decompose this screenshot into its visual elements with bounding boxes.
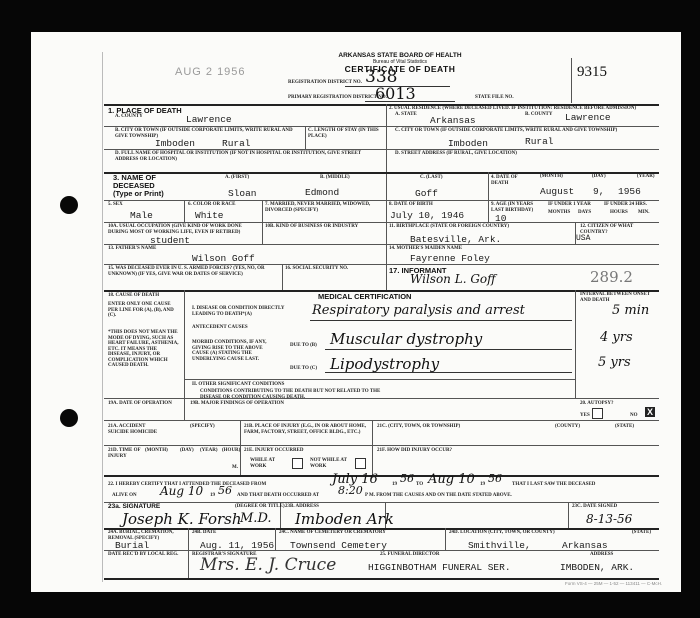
divider xyxy=(104,420,659,421)
cause-c-value: Lipodystrophy xyxy=(330,355,439,373)
divider xyxy=(488,172,489,222)
burial-date-value: Aug. 11, 1956 xyxy=(200,540,274,551)
injury-county-label: (COUNTY) xyxy=(555,424,580,430)
cemetery-label: 24c. NAME OF CEMETERY OR CREMATORY xyxy=(279,530,386,536)
cause-b-line xyxy=(325,349,572,350)
injury-m-label: m. xyxy=(232,465,238,471)
interval-b-value: 4 yrs xyxy=(600,330,633,345)
divider xyxy=(104,149,659,150)
interval-label: INTERVAL BETWEEN ONSET AND DEATH xyxy=(580,292,658,303)
res-state-value: Arkansas xyxy=(430,115,476,126)
operation-findings-label: 19b. MAJOR FINDINGS OF OPERATION xyxy=(190,401,284,407)
registrar-signature: Mrs. E. J. Cruce xyxy=(200,555,336,575)
res-state-label: a. STATE xyxy=(395,112,417,118)
to-label: TO xyxy=(416,482,423,488)
part2-note: Conditions contributing to the death but… xyxy=(200,389,390,400)
sex-label: 5. SEX xyxy=(108,202,123,208)
divider xyxy=(104,445,659,446)
not-while-at-work-checkbox[interactable] xyxy=(355,458,366,469)
alive-year: 56 xyxy=(218,484,232,497)
divider xyxy=(372,420,373,475)
pod-county-value: Lawrence xyxy=(186,114,232,125)
pod-hospital-label: d. FULL NAME OF HOSPITAL OR INSTITUTION … xyxy=(115,151,383,162)
part2-label: II. OTHER SIGNIFICANT CONDITIONS xyxy=(192,382,284,388)
informant-signature: Wilson L. Goff xyxy=(410,272,496,286)
marital-status-label: 7. MARRIED, NEVER MARRIED, WIDOWED, DIVO… xyxy=(265,202,385,213)
location-city-value: Smithville, xyxy=(468,540,531,551)
board-name: ARKANSAS STATE BOARD OF HEALTH xyxy=(300,52,500,59)
cause-of-death-label: 18. CAUSE OF DEATH xyxy=(108,293,159,299)
months-label: Months xyxy=(548,210,570,216)
age-value: 10 xyxy=(495,213,506,224)
father-label: 13. FATHER'S NAME xyxy=(108,246,156,252)
injury-day-label: (Day) xyxy=(180,448,194,454)
divider xyxy=(275,528,276,550)
part1-label: I. DISEASE OR CONDITION DIRECTLY LEADING… xyxy=(192,306,307,317)
divider xyxy=(571,58,572,103)
injury-year-label: (Year) xyxy=(200,448,218,454)
divider xyxy=(445,528,446,550)
divider xyxy=(184,290,185,398)
middle-name-value: Edmond xyxy=(305,187,339,198)
while-at-work-label: While At Work xyxy=(250,458,290,469)
first-name-value: Sloan xyxy=(228,188,257,199)
signature-label: 23a. SIGNATURE xyxy=(108,503,160,510)
age-label: 9. AGE (In years last birthday) xyxy=(491,202,541,213)
death-at-label: AND THAT DEATH OCCURRED AT xyxy=(237,493,319,499)
divider xyxy=(305,126,306,149)
occupation-value: student xyxy=(150,235,190,246)
dod-year-label: (Year) xyxy=(637,174,655,180)
death-time-suffix: P M. FROM THE CAUSES AND ON THE DATE STA… xyxy=(365,493,512,499)
res-county-value: Lawrence xyxy=(565,112,611,123)
funeral-director-label: 25. FUNERAL DIRECTOR xyxy=(380,552,440,558)
pod-township-value: Rural xyxy=(222,138,251,149)
funeral-address-value: IMBODEN, ARK. xyxy=(560,562,634,573)
dod-month-value: August xyxy=(540,186,574,197)
informant-note: 289.2 xyxy=(590,268,633,286)
physician-signature: Joseph K. Forsh xyxy=(122,510,242,528)
punch-hole xyxy=(60,409,78,427)
cause-b-value: Muscular dystrophy xyxy=(330,330,482,348)
punch-hole xyxy=(60,196,78,214)
residence-heading: 2. USUAL RESIDENCE (Where deceased lived… xyxy=(389,106,657,112)
interval-c-value: 5 yrs xyxy=(598,355,631,370)
last-name-value: Goff xyxy=(415,188,438,199)
certify-line-suffix: THAT I LAST SAW THE DECEASED xyxy=(512,482,595,488)
autopsy-yes-checkbox[interactable] xyxy=(592,408,603,419)
dob-label: 8. DATE OF BIRTH xyxy=(389,202,433,208)
business-label: 10b. KIND OF BUSINESS OR INDUSTRY xyxy=(265,224,380,230)
accident-label: 21a. ACCIDENT SUICIDE HOMICIDE xyxy=(108,424,163,435)
res-street-label: d. STREET ADDRESS (If rural, give locati… xyxy=(395,151,595,157)
while-at-work-checkbox[interactable] xyxy=(292,458,303,469)
divider xyxy=(104,475,659,477)
race-value: White xyxy=(195,210,224,221)
pod-city-value: Imboden xyxy=(155,138,195,149)
state-file-number: 9315 xyxy=(577,64,607,81)
mother-label: 14. MOTHER'S MAIDEN NAME xyxy=(389,246,462,252)
under-24-hrs-label: If Under 24 Hrs. xyxy=(604,202,647,208)
cause-note: *This does not mean the mode of dying, s… xyxy=(108,330,180,369)
divider xyxy=(386,264,387,290)
under-1-year-label: If Under 1 Year xyxy=(548,202,591,208)
cemetery-value: Townsend Cemetery xyxy=(290,540,387,551)
attended-to-year: 56 xyxy=(488,472,502,485)
citizen-value: USA xyxy=(576,234,590,243)
injury-city-label: 21c. (CITY, TOWN, OR TOWNSHIP) xyxy=(377,424,460,430)
death-time: 8:20 xyxy=(338,484,363,497)
medical-certification-heading: MEDICAL CERTIFICATION xyxy=(318,292,411,301)
pod-city-label: b. CITY OR TOWN (If outside corporate li… xyxy=(115,128,300,139)
pod-county-label: a. COUNTY xyxy=(115,114,143,120)
funeral-address-label: ADDRESS xyxy=(590,552,613,558)
specify-label: (Specify) xyxy=(190,424,215,430)
operation-date-label: 19a. DATE OF OPERATION xyxy=(108,401,180,407)
race-label: 6. COLOR OR RACE xyxy=(188,202,236,208)
divider xyxy=(104,126,659,127)
burial-date-label: 24b. DATE xyxy=(192,530,216,536)
autopsy-yes-label: YES xyxy=(580,413,590,419)
res-township-value: Rural xyxy=(525,136,554,147)
date-signed-value: 8-13-56 xyxy=(586,512,632,526)
received-stamp: AUG 2 1956 xyxy=(175,66,246,78)
form-number: Form VS-4 — 25M — 1-52 — 113411 — C-McH. xyxy=(565,581,662,586)
divider xyxy=(188,528,189,578)
divider xyxy=(104,200,659,201)
divider xyxy=(282,264,283,290)
days-label: Days xyxy=(578,210,591,216)
autopsy-label: 20. AUTOPSY? xyxy=(580,401,614,407)
deceased-name-heading: 3. NAME OF DECEASED (Type or Print) xyxy=(113,174,173,198)
autopsy-no-checkbox[interactable]: X xyxy=(645,407,655,417)
divider xyxy=(184,379,575,380)
hours-label: Hours xyxy=(610,210,628,216)
birthplace-value: Batesville, Ark. xyxy=(410,234,501,245)
ssn-label: 16. SOCIAL SECURITY NO. xyxy=(285,266,348,272)
divider xyxy=(386,104,387,264)
state-file-label: STATE FILE NO. xyxy=(475,95,514,101)
antecedent-note: Morbid conditions, if any, giving rise t… xyxy=(192,340,277,362)
dod-year-value: 1956 xyxy=(618,186,641,197)
divider xyxy=(575,290,576,398)
address-label: 23b. ADDRESS xyxy=(285,504,319,510)
margin-line xyxy=(102,52,103,582)
burial-type-value: Burial xyxy=(115,540,149,551)
injury-hour-label: (Hour) xyxy=(222,448,240,454)
injury-occurred-label: 21e. INJURY OCCURRED xyxy=(244,448,304,454)
divider xyxy=(184,398,185,420)
res-county-label: b. COUNTY xyxy=(525,112,553,118)
cause-a-value: Respiratory paralysis and arrest xyxy=(312,303,525,318)
due-to-c-label: DUE TO (c) xyxy=(290,366,317,372)
divider xyxy=(568,502,569,528)
divider xyxy=(104,578,659,580)
res-city-label: c. CITY OR TOWN (If outside corporate li… xyxy=(395,128,655,134)
alive-year-prefix: 19 xyxy=(210,493,215,499)
last-name-label: c. (Last) xyxy=(420,175,443,181)
place-of-injury-label: 21b. PLACE OF INJURY (e.g., in or about … xyxy=(244,424,369,435)
cause-instructions: Enter only one cause per line for (a), (… xyxy=(108,302,180,319)
location-state-label: (State) xyxy=(632,530,651,536)
min-label: Min. xyxy=(638,210,650,216)
cause-a-line xyxy=(310,320,572,321)
registration-district-label: Registration District No. xyxy=(288,80,362,86)
degree-label: (Degree or Title) xyxy=(235,504,285,510)
divider xyxy=(184,200,185,222)
degree-value: M.D. xyxy=(240,511,272,526)
funeral-director-value: HIGGINBOTHAM FUNERAL SER. xyxy=(368,562,511,573)
divider xyxy=(104,502,659,503)
birthplace-label: 11. BIRTHPLACE (State or foreign country… xyxy=(389,224,509,230)
armed-forces-label: 15. WAS DECEASED EVER IN U. S. ARMED FOR… xyxy=(108,266,280,277)
interval-a-value: 5 min xyxy=(612,303,649,318)
first-name-label: a. (First) xyxy=(225,175,249,181)
certificate-title: CERTIFICATE OF DEATH xyxy=(300,64,500,74)
location-state-value: Arkansas xyxy=(562,540,608,551)
autopsy-no-label: NO xyxy=(630,413,638,419)
primary-registration-value: 6013 xyxy=(375,84,416,103)
father-value: Wilson Goff xyxy=(192,253,255,264)
pod-length-of-stay-label: c. LENGTH OF STAY (in this place) xyxy=(308,128,383,139)
from-year-prefix: 19 xyxy=(392,482,397,488)
alive-on-date: Aug 10 xyxy=(160,484,203,498)
mother-value: Fayrenne Foley xyxy=(410,253,490,264)
attended-from-year: 56 xyxy=(400,472,414,485)
dod-month-label: (Month) xyxy=(540,174,563,180)
physician-address: Imboden Ark xyxy=(295,510,394,528)
dod-day-value: 9, xyxy=(593,186,604,197)
dob-value: July 10, 1946 xyxy=(390,210,464,221)
not-while-at-work-label: Not While At Work xyxy=(310,458,355,469)
occupation-label: 10a. USUAL OCCUPATION (Give kind of work… xyxy=(108,224,258,235)
date-received-label: DATE REC'D BY LOCAL REG. xyxy=(108,552,183,558)
location-label: 24d. LOCATION (City, town, or county) xyxy=(449,530,555,536)
divider xyxy=(104,264,659,265)
date-signed-label: 23c. DATE SIGNED xyxy=(572,504,617,510)
primary-registration-label: Primary Registration District No. xyxy=(288,95,387,101)
injury-state-label: (STATE) xyxy=(615,424,634,430)
how-injury-label: 21f. HOW DID INJURY OCCUR? xyxy=(377,448,452,454)
alive-on-label: ALIVE ON xyxy=(112,493,137,499)
sex-value: Male xyxy=(130,210,153,221)
due-to-b-label: DUE TO (b) xyxy=(290,343,317,349)
date-of-death-label: 4. DATE OF DEATH xyxy=(491,175,521,186)
injury-month-label: (Month) xyxy=(145,448,168,454)
antecedent-label: ANTECEDENT CAUSES xyxy=(192,325,248,331)
middle-name-label: b. (Middle) xyxy=(320,175,350,181)
to-year-prefix: 19 xyxy=(480,482,485,488)
divider xyxy=(104,172,659,174)
attended-to-date: Aug 10 xyxy=(428,472,475,487)
citizen-label: 12. CITIZEN OF WHAT COUNTRY? xyxy=(580,224,658,235)
res-city-value: Imboden xyxy=(448,138,488,149)
dod-day-label: (Day) xyxy=(592,174,606,180)
